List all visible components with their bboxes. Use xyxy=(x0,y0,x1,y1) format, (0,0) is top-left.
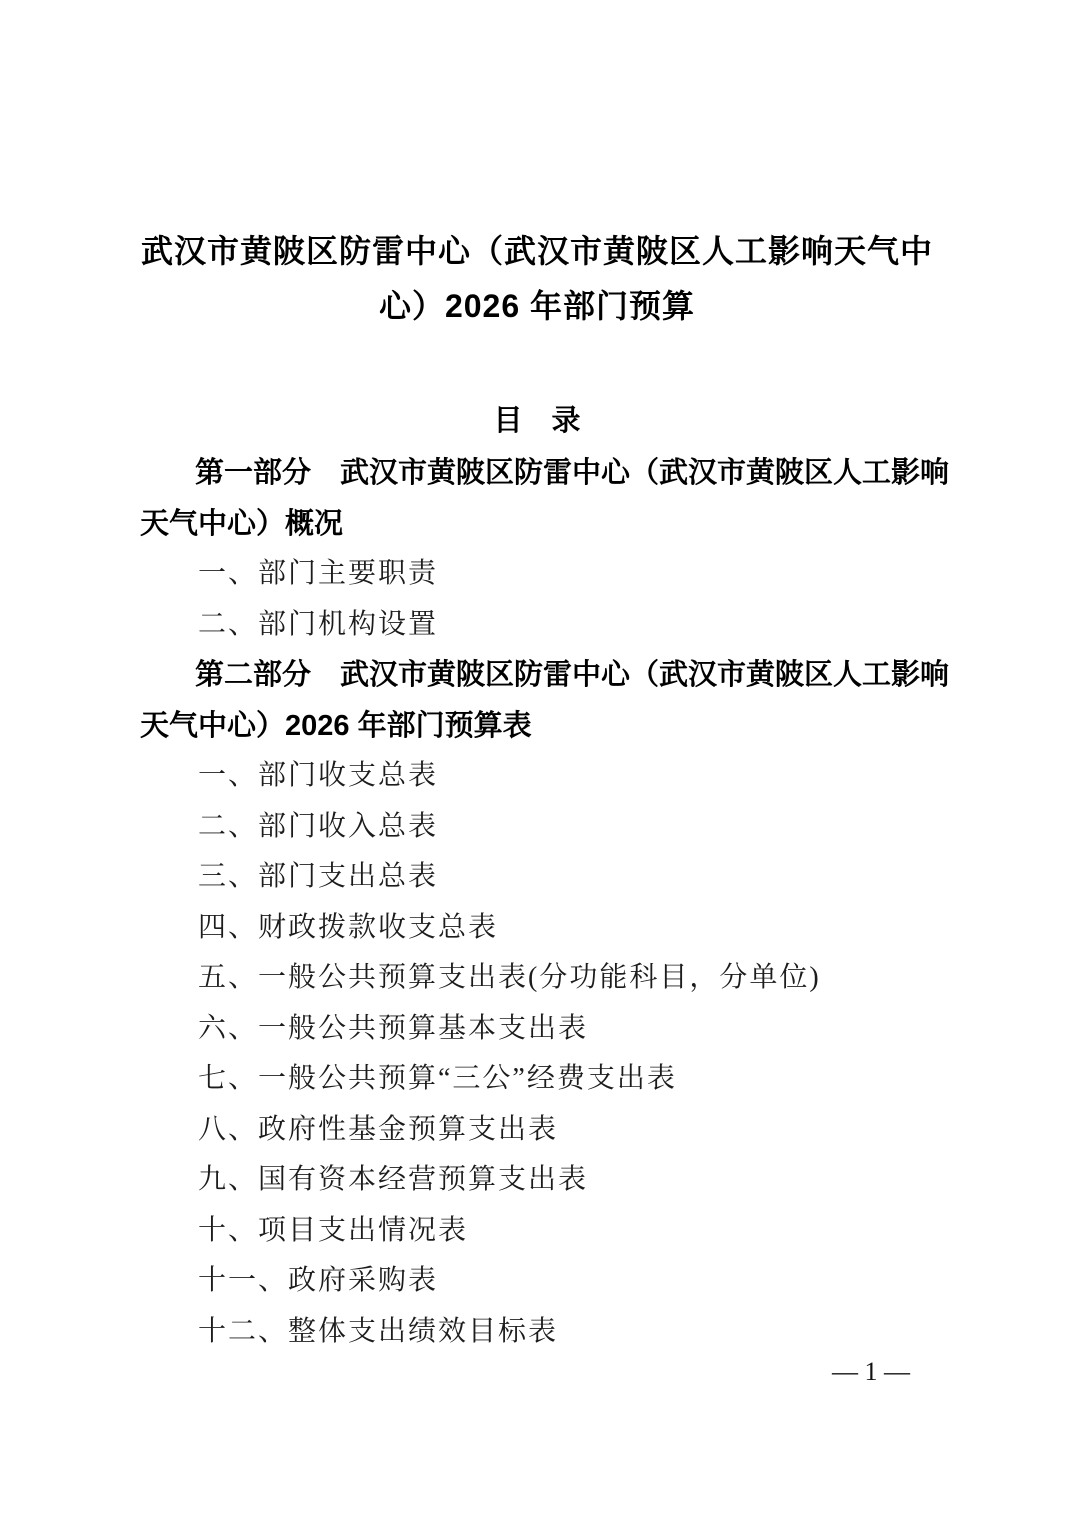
toc-line-part2-item-2: 二、部门收入总表 xyxy=(140,802,950,853)
document-title-line-1: 武汉市黄陂区防雷中心（武汉市黄陂区人工影响天气中 xyxy=(0,224,1074,279)
toc-line-part2: 第二部分 武汉市黄陂区防雷中心（武汉市黄陂区人工影响 xyxy=(140,650,950,701)
toc-line-part2-item-4: 四、财政拨款收支总表 xyxy=(140,903,950,954)
toc-line-part2-item-1: 一、部门收支总表 xyxy=(140,751,950,802)
toc-line-part1-cont: 天气中心）概况 xyxy=(140,499,950,550)
toc-line-part2-item-5: 五、一般公共预算支出表(分功能科目，分单位) xyxy=(140,953,950,1004)
toc-line-part1: 第一部分 武汉市黄陂区防雷中心（武汉市黄陂区人工影响 xyxy=(140,448,950,499)
toc-heading: 目 录 xyxy=(0,402,1074,440)
document-title-line-2: 心）2026 年部门预算 xyxy=(0,279,1074,334)
toc-line-part2-item-3: 三、部门支出总表 xyxy=(140,852,950,903)
toc-line-part2-cont: 天气中心）2026 年部门预算表 xyxy=(140,701,950,752)
toc-line-part1-item-2: 二、部门机构设置 xyxy=(140,600,950,651)
page-number: — 1 — xyxy=(832,1355,910,1389)
toc-line-part2-item-11: 十一、政府采购表 xyxy=(140,1256,950,1307)
document-page: 武汉市黄陂区防雷中心（武汉市黄陂区人工影响天气中 心）2026 年部门预算 目 … xyxy=(0,0,1074,1520)
toc-list: 第一部分 武汉市黄陂区防雷中心（武汉市黄陂区人工影响 天气中心）概况 一、部门主… xyxy=(140,448,950,1357)
toc-line-part2-item-10: 十、项目支出情况表 xyxy=(140,1206,950,1257)
toc-line-part2-item-8: 八、政府性基金预算支出表 xyxy=(140,1105,950,1156)
toc-line-part2-item-12: 十二、整体支出绩效目标表 xyxy=(140,1307,950,1358)
toc-line-part2-item-7: 七、一般公共预算“三公”经费支出表 xyxy=(140,1054,950,1105)
toc-line-part2-item-9: 九、国有资本经营预算支出表 xyxy=(140,1155,950,1206)
toc-line-part2-item-6: 六、一般公共预算基本支出表 xyxy=(140,1004,950,1055)
toc-line-part1-item-1: 一、部门主要职责 xyxy=(140,549,950,600)
document-title: 武汉市黄陂区防雷中心（武汉市黄陂区人工影响天气中 心）2026 年部门预算 xyxy=(0,224,1074,334)
